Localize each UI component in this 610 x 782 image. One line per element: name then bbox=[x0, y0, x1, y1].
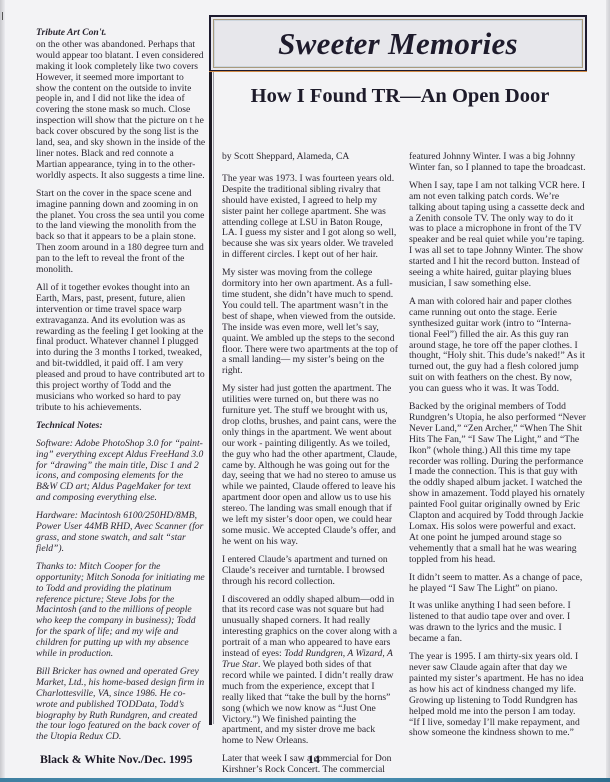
paragraph: It was unlike anything I had seen before… bbox=[409, 601, 587, 645]
hardware-note: Hardware: Macintosh 6100/250HD/8MB, Powe… bbox=[36, 511, 206, 555]
paragraph: on the other was abandoned. Perhaps that… bbox=[36, 40, 206, 182]
paragraph: All of it together evokes thought into a… bbox=[36, 283, 206, 414]
paragraph: The year was 1973. I was fourteen years … bbox=[222, 174, 398, 261]
paragraph: The year is 1995. I am thirty-six years … bbox=[409, 652, 587, 739]
page-edge-right bbox=[606, 0, 610, 782]
section-title: Sweeter Memories bbox=[278, 26, 518, 62]
paragraph: Start on the cover in the space scene an… bbox=[36, 189, 206, 276]
banner-rule bbox=[209, 71, 587, 72]
article-title: How I Found TR—An Open Door bbox=[215, 85, 585, 108]
column-divider bbox=[209, 16, 212, 725]
page-number: 14 bbox=[308, 752, 320, 767]
byline: by Scott Sheppard, Alameda, CA bbox=[222, 152, 398, 163]
paragraph: I discovered an oddly shaped album—odd i… bbox=[222, 595, 398, 748]
paragraph: When I say, tape I am not talking VCR he… bbox=[409, 181, 587, 290]
technical-notes-heading: Technical Notes: bbox=[36, 421, 206, 432]
paragraph: featured Johnny Winter. I was a big John… bbox=[409, 152, 587, 174]
page-edge bbox=[0, 0, 5, 782]
thanks-note: Thanks to: Mitch Cooper for the opportun… bbox=[36, 562, 206, 660]
paragraph: A man with colored hair and paper clothe… bbox=[409, 297, 587, 395]
paragraph: My sister had just gotten the apartment.… bbox=[222, 384, 398, 548]
text-run: . We played both sides of that record wh… bbox=[222, 659, 393, 746]
paragraph: My sister was moving from the college do… bbox=[222, 268, 398, 377]
scan-edge bbox=[0, 778, 610, 782]
paragraph: I entered Claude’s apartment and turned … bbox=[222, 555, 398, 588]
continued-heading: Tribute Art Con't. bbox=[36, 28, 206, 39]
article-column-2: featured Johnny Winter. I was a big John… bbox=[409, 152, 587, 746]
publication-footer: Black & White Nov./Dec. 1995 bbox=[40, 752, 192, 767]
paragraph: Backed by the original members of Todd R… bbox=[409, 402, 587, 566]
author-bio: Bill Bricker has owned and operated Grey… bbox=[36, 667, 206, 743]
section-banner: Sweeter Memories bbox=[209, 15, 587, 72]
article-column-1: by Scott Sheppard, Alameda, CA The year … bbox=[222, 152, 398, 782]
paragraph: It didn’t seem to matter. As a change of… bbox=[409, 573, 587, 595]
software-note: Software: Adobe PhotoShop 3.0 for “paint… bbox=[36, 439, 206, 504]
left-column: Tribute Art Con't. on the other was aban… bbox=[36, 28, 206, 750]
banner-frame: Sweeter Memories bbox=[213, 19, 583, 68]
